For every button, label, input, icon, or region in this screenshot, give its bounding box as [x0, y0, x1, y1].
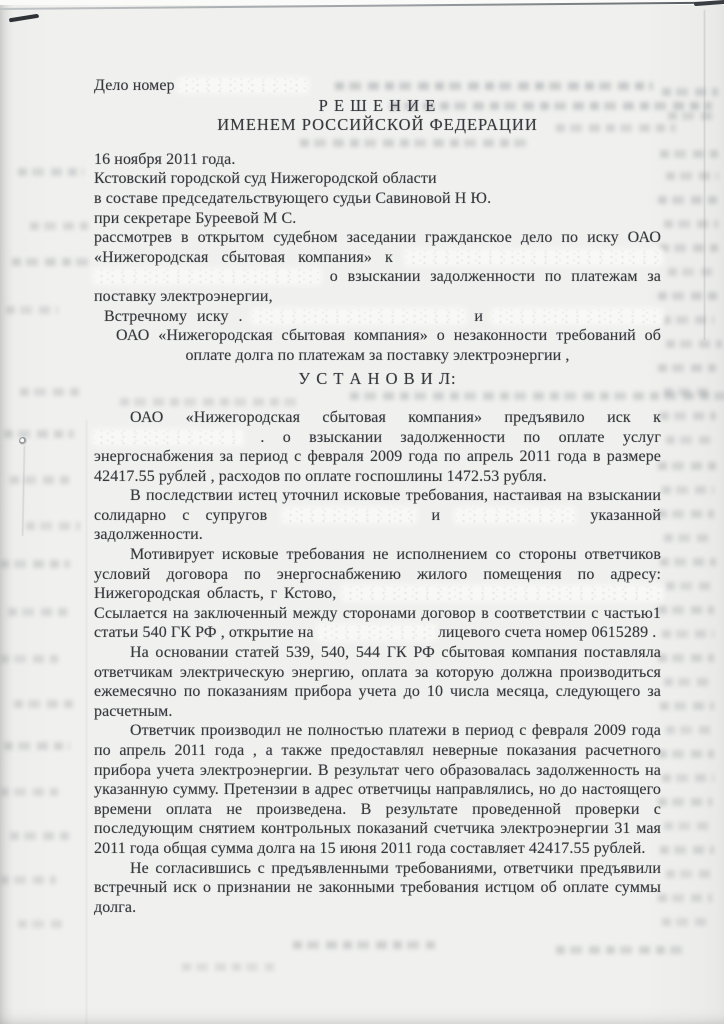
bleed-through-smudge: [660, 558, 716, 566]
text-run: и: [465, 308, 493, 325]
bleed-through-smudge: [658, 364, 716, 372]
bleed-through-smudge: [20, 388, 80, 396]
bleed-through-smudge: [658, 894, 712, 902]
redaction-patch: [493, 310, 661, 323]
bleed-through-smudge: [666, 172, 718, 180]
paragraph-5: Ответчик производил не полностью платежи…: [94, 721, 661, 858]
text-run: На основании статей 539, 540, 544 ГК РФ …: [94, 644, 661, 720]
document-text: Дело номер Р Е Ш Е Н И ЕИМЕНЕМ РОССИЙСКО…: [94, 76, 661, 917]
bleed-through-smudge: [664, 678, 714, 686]
text-run: лицевого счета номер 0615289 .: [434, 624, 657, 641]
bleed-through-smudge: [658, 196, 720, 204]
bleed-through-smudge: [662, 630, 714, 638]
counterclaim-line-2: ОАО «Нижегородская сбытовая компания» о …: [94, 326, 661, 346]
bleed-through-smudge: [293, 941, 435, 949]
bleed-through-smudge: [14, 700, 74, 708]
text-run: 16 ноября 2011 года.: [94, 151, 235, 168]
bleed-through-smudge: [8, 608, 72, 616]
bleed-through-smudge: [4, 430, 74, 438]
bleed-through-smudge: [662, 486, 714, 494]
bleed-through-smudge: [666, 726, 714, 734]
bleed-through-smudge: [18, 920, 68, 928]
redaction-patch: [94, 270, 320, 283]
bleed-through-smudge: [668, 268, 716, 276]
bleed-through-smudge: [0, 876, 56, 884]
claim-line-2: поставку электроэнергии,: [94, 287, 661, 307]
ustanovil-heading: У С Т А Н О В И Л:: [94, 369, 661, 389]
fold-line-artifact: [86, 420, 87, 1024]
bleed-through-smudge: [6, 306, 58, 314]
text-run: У С Т А Н О В И Л:: [298, 369, 456, 388]
bleed-through-smudge: [658, 606, 714, 614]
bleed-through-smudge: [10, 476, 72, 484]
bleed-through-smudge: [658, 750, 714, 758]
bleed-through-smudge: [4, 742, 70, 750]
court-line: Кстовский городской суд Нижегородской об…: [94, 169, 661, 189]
bleed-through-smudge: [0, 788, 58, 796]
text-run: «Нижегородская сбытовая компания» к: [94, 249, 406, 266]
bleed-through-smudge: [0, 655, 58, 663]
bleed-through-smudge: [660, 244, 718, 252]
bleed-through-smudge: [12, 258, 88, 266]
bleed-through-smudge: [658, 654, 714, 662]
bleed-through-smudge: [666, 340, 722, 348]
bleed-through-smudge: [662, 316, 714, 324]
redaction-patch: [253, 310, 465, 323]
scan-artifact-dash-right: [694, 0, 724, 6]
bleed-through-smudge: [10, 832, 72, 840]
text-run: ОАО «Нижегородская сбытовая компания» пр…: [130, 409, 661, 426]
redaction-patch: [283, 509, 415, 522]
text-run: ОАО «Нижегородская сбытовая компания» о …: [116, 327, 661, 344]
scan-artifact-dash-left: [9, 14, 39, 23]
bleed-through-smudge: [658, 798, 712, 806]
bleed-through-smudge: [664, 822, 712, 830]
scanned-page: Дело номер Р Е Ш Е Н И ЕИМЕНЕМ РОССИЙСКО…: [0, 0, 724, 1024]
bleed-through-smudge: [660, 150, 718, 158]
text-run: Р Е Ш Е Н И Е: [319, 96, 437, 115]
plaintiff-line: «Нижегородская сбытовая компания» к: [94, 248, 661, 268]
bleed-through-smudge: [668, 112, 718, 120]
bleed-through-smudge: [664, 534, 714, 542]
text-run: поставку электроэнергии,: [94, 288, 273, 305]
bleed-through-smudge: [18, 168, 84, 176]
redaction-patch: [179, 79, 307, 92]
bleed-through-smudge: [666, 582, 716, 590]
bleed-through-smudge: [660, 412, 716, 420]
text-run: о взыскании задолженности по платежам за: [320, 268, 661, 285]
case-intro-line: рассмотрев в открытом судебном заседании…: [94, 228, 661, 248]
bleed-through-smudge: [660, 846, 714, 854]
bleed-through-smudge: [664, 220, 718, 228]
decision-title: Р Е Ш Е Н И Е: [94, 96, 661, 116]
bleed-through-smudge: [658, 292, 720, 300]
bleed-through-smudge: [658, 510, 714, 518]
text-run: в составе председательствующего судьи Са…: [94, 190, 491, 207]
secretary-line: при секретаре Буреевой М С.: [94, 209, 661, 229]
counterclaim-line-3: оплате долга по платежам за поставку эле…: [94, 346, 661, 366]
paragraph-4: На основании статей 539, 540, 544 ГК РФ …: [94, 643, 661, 721]
text-run: Дело номер: [94, 77, 179, 94]
redaction-patch: [94, 431, 242, 444]
redaction-patch: [456, 509, 574, 522]
text-run: оплате долга по платежам за поставку эле…: [185, 347, 569, 364]
date-line: 16 ноября 2011 года.: [94, 150, 661, 170]
redaction-patch: [343, 587, 661, 600]
paragraph-6: Не согласившись с предъявленными требова…: [94, 859, 661, 918]
text-run: Ответчик производил не полностью платежи…: [94, 722, 661, 857]
text-run: при секретаре Буреевой М С.: [94, 210, 296, 227]
bleed-through-smudge: [662, 88, 718, 96]
bleed-through-smudge: [664, 388, 714, 396]
text-run: Не согласившись с предъявленными требова…: [94, 860, 661, 916]
text-run: и: [415, 507, 456, 524]
staple-hole-artifact: [19, 437, 27, 445]
decision-subtitle: ИМЕНЕМ РОССИЙСКОЙ ФЕДЕРАЦИИ: [94, 115, 661, 135]
text-run: Кстовский городской суд Нижегородской об…: [94, 170, 437, 187]
scratch-artifact: [22, 446, 25, 536]
bleed-through-smudge: [0, 560, 70, 568]
bleed-through-smudge: [662, 918, 712, 926]
bleed-through-smudge: [660, 702, 714, 710]
redaction-patch: [406, 251, 661, 264]
paragraph-2: В последствии истец уточнил исковые треб…: [94, 486, 661, 545]
case-number-line: Дело номер: [94, 76, 661, 96]
paragraph-3: Мотивирует исковые требования не исполне…: [94, 545, 661, 643]
bleed-through-smudge: [662, 774, 714, 782]
judge-line: в составе председательствующего судьи Са…: [94, 189, 661, 209]
text-run: ИМЕНЕМ РОССИЙСКОЙ ФЕДЕРАЦИИ: [217, 115, 538, 134]
bleed-through-smudge: [666, 436, 716, 444]
paragraph-1: ОАО «Нижегородская сбытовая компания» пр…: [94, 408, 661, 486]
text-run: рассмотрев в открытом судебном заседании…: [94, 229, 661, 246]
claim-line: о взыскании задолженности по платежам за: [94, 267, 661, 287]
bleed-through-smudge: [30, 222, 88, 230]
counterclaim-line: Встречному иску . и: [94, 307, 661, 327]
redaction-patch: [318, 626, 434, 639]
bleed-through-smudge: [658, 462, 716, 470]
bleed-through-smudge: [556, 946, 686, 954]
bleed-through-smudge: [26, 522, 80, 530]
bleed-through-smudge: [666, 870, 714, 878]
bleed-through-smudge: [182, 963, 274, 971]
text-run: Встречному иску .: [104, 308, 253, 325]
